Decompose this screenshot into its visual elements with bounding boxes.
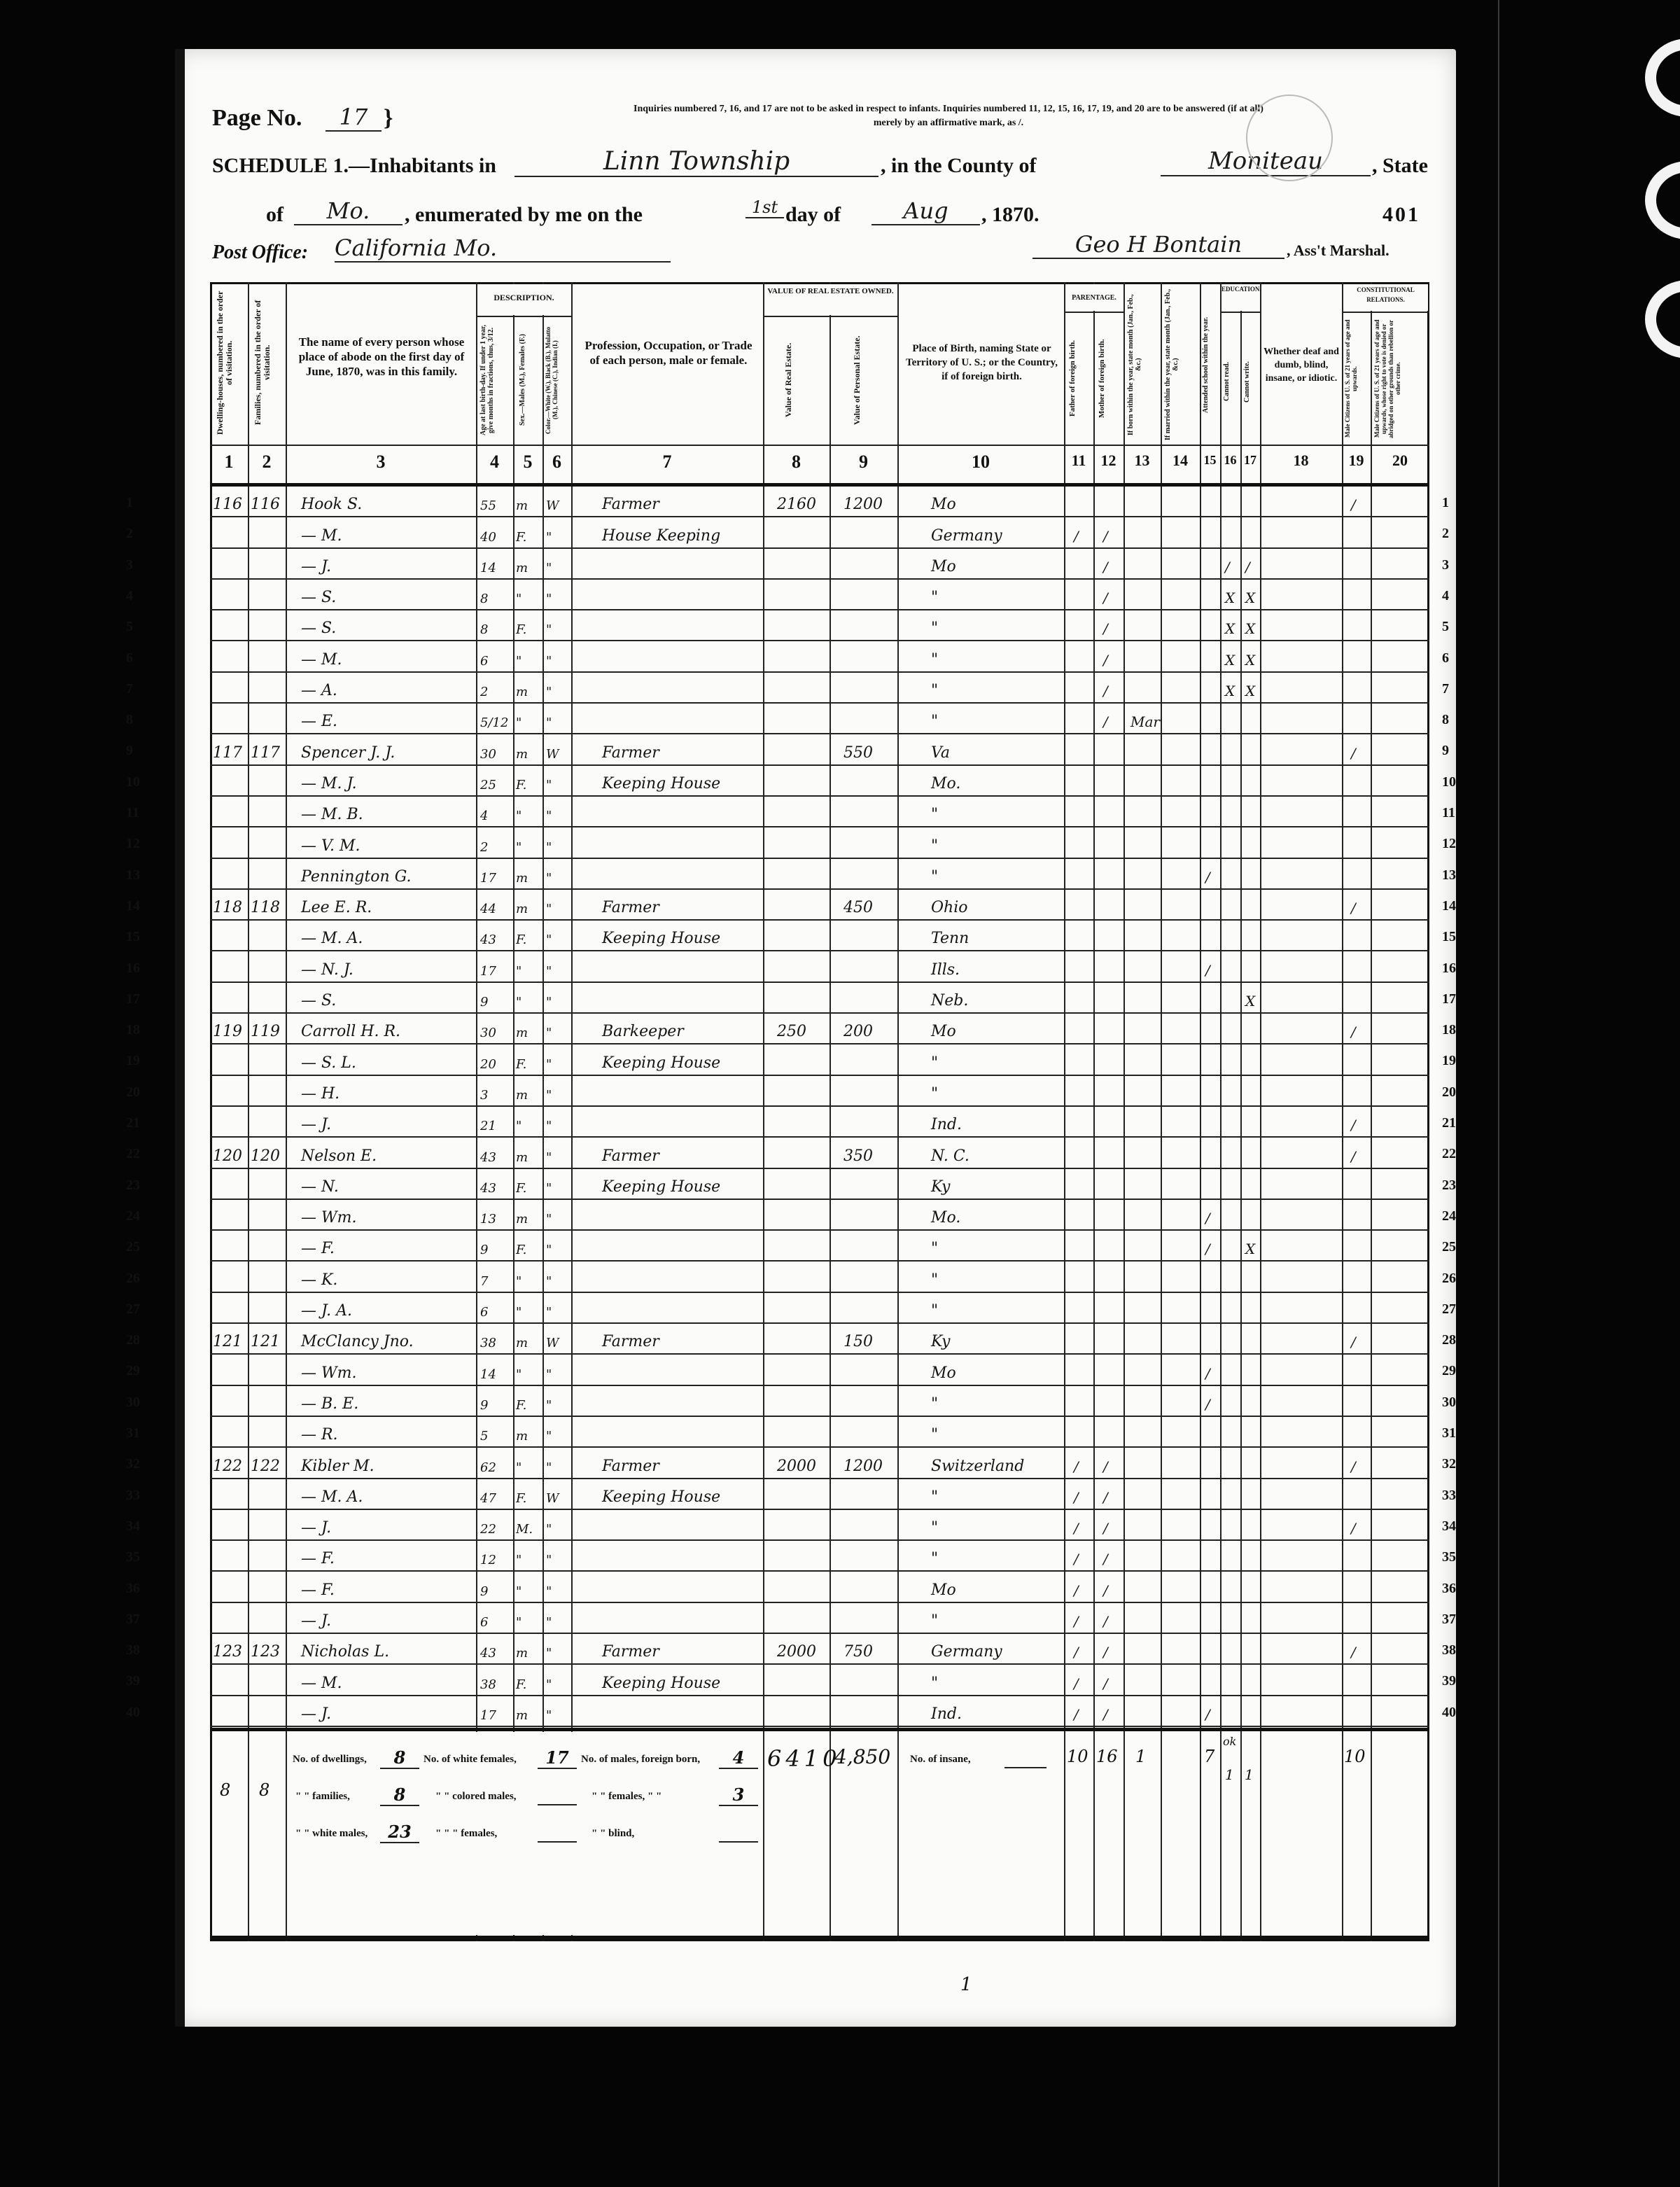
total-dwellings-col1: 8: [220, 1780, 230, 1800]
line-number-right: 16: [1442, 960, 1456, 977]
age: 62: [480, 1460, 496, 1475]
line-number-right: 35: [1442, 1549, 1456, 1565]
person-name: — Wm.: [301, 1209, 356, 1227]
white-females-label: No. of white females,: [423, 1754, 517, 1766]
line-number-left: 17: [126, 991, 140, 1007]
line-number-left: 6: [126, 650, 133, 666]
color: ": [546, 654, 552, 669]
sex: m: [516, 1150, 528, 1165]
line-number-left: 10: [126, 774, 140, 790]
col-number: 3: [286, 452, 476, 473]
personal-estate-value: 200: [843, 1023, 873, 1040]
col-header-5: Sex.—Males (M.), Females (F.): [519, 321, 538, 440]
real-estate-value: 2000: [777, 1643, 816, 1661]
group-rule: [1342, 312, 1429, 313]
females-foreign-label: " " females, " ": [591, 1791, 661, 1803]
table-row: 123123Nicholas L.43m"Farmer2000750German…: [210, 1634, 1429, 1665]
table-row: — M. J.25F."Keeping HouseMo.1010: [210, 766, 1429, 797]
color: ": [546, 932, 552, 947]
enumerated-label: , enumerated by me on the: [405, 203, 643, 227]
table-row: — V. M.2"""1212: [210, 827, 1429, 858]
color: ": [546, 1398, 552, 1413]
male-citizen: /: [1351, 1117, 1356, 1133]
family-number: 121: [251, 1333, 280, 1350]
day-field: 1st: [745, 197, 784, 218]
table-row: — J.22M.""///3434: [210, 1510, 1429, 1541]
color: ": [546, 840, 552, 855]
state-label: , State: [1372, 154, 1428, 178]
place-of-birth: ": [931, 868, 938, 886]
place-of-birth: ": [931, 1675, 938, 1692]
father-foreign: /: [1074, 1582, 1079, 1599]
line-number-left: 1: [126, 495, 133, 511]
col-number: 14: [1161, 452, 1200, 470]
place-of-birth: Mo.: [931, 775, 960, 792]
place-of-birth: ": [931, 620, 938, 637]
age: 7: [480, 1274, 488, 1289]
age: 43: [480, 932, 496, 947]
line-number-left: 3: [126, 557, 133, 573]
real-estate-value: 2160: [777, 496, 816, 513]
col-number: 11: [1064, 452, 1093, 470]
person-name: — S. L.: [301, 1054, 356, 1072]
age: 6: [480, 1615, 488, 1630]
person-name: — J. A.: [301, 1302, 352, 1320]
families-label: " " families,: [295, 1791, 350, 1803]
father-foreign: /: [1074, 1613, 1079, 1630]
dwellings-label: No. of dwellings,: [293, 1754, 367, 1766]
person-name: — F.: [301, 1581, 335, 1599]
line-number-left: 30: [126, 1395, 140, 1411]
person-name: — F.: [301, 1240, 335, 1257]
line-number-right: 24: [1442, 1208, 1456, 1224]
table-row: — E.5/12"""/Mar88: [210, 704, 1429, 734]
color: W: [546, 747, 559, 762]
table-row: — A.2m""/XX77: [210, 673, 1429, 704]
family-number: 120: [251, 1147, 280, 1165]
group-header-parentage: PARENTAGE.: [1065, 291, 1123, 305]
line-number-right: 1: [1442, 495, 1449, 511]
col-number: 20: [1371, 452, 1429, 470]
sheet-number: 401: [1382, 203, 1420, 227]
page-number: 17: [325, 104, 381, 132]
occupation: Farmer: [602, 1333, 659, 1350]
place-of-birth: ": [931, 1426, 938, 1444]
col-number: 12: [1093, 452, 1123, 470]
microfilm-frame-edge: [1498, 0, 1499, 2187]
personal-estate-value: 750: [843, 1643, 873, 1661]
total-col-17: 1: [1245, 1766, 1254, 1783]
line-number-left: 5: [126, 619, 133, 635]
occupation: Keeping House: [602, 1488, 720, 1506]
person-name: — J.: [301, 1519, 331, 1537]
dwelling-number: 121: [213, 1333, 242, 1350]
dwelling-number: 119: [213, 1023, 242, 1040]
footer-mark: 1: [960, 1974, 972, 1995]
family-number: 118: [251, 899, 280, 916]
line-number-right: 7: [1442, 681, 1449, 697]
color: ": [546, 1119, 552, 1133]
place-of-birth: Ind.: [931, 1116, 962, 1133]
sex: ": [516, 1615, 521, 1630]
mother-foreign: /: [1103, 713, 1108, 730]
table-row: 119119Carroll H. R.30m"Barkeeper250200Mo…: [210, 1014, 1429, 1044]
line-number-right: 36: [1442, 1581, 1456, 1597]
personal-estate-value: 450: [843, 899, 873, 916]
mother-foreign: /: [1103, 589, 1108, 606]
mother-foreign: /: [1103, 620, 1108, 637]
line-number-left: 26: [126, 1271, 140, 1287]
dwelling-number: 123: [213, 1643, 242, 1661]
colored-females-value: [538, 1822, 577, 1843]
sex: ": [516, 654, 521, 669]
table-row: — M.40F."House KeepingGermany//22: [210, 517, 1429, 548]
mother-foreign: /: [1103, 683, 1108, 699]
line-number-right: 13: [1442, 867, 1456, 883]
table-row: — J.21""Ind./2121: [210, 1107, 1429, 1138]
occupation: Farmer: [602, 496, 659, 513]
punch-hole: [1645, 39, 1680, 117]
bottom-rule: [210, 1936, 1429, 1941]
col-number: 16: [1220, 453, 1240, 468]
sex: m: [516, 1429, 528, 1444]
color: ": [546, 1026, 552, 1040]
color: ": [546, 1367, 552, 1382]
line-number-right: 20: [1442, 1084, 1456, 1101]
col-header-1: Dwelling-houses, numbered in the order o…: [216, 289, 244, 436]
mother-foreign: /: [1103, 1613, 1108, 1630]
age: 17: [480, 871, 496, 886]
table-row: — M. B.4"""1111: [210, 797, 1429, 827]
place-of-birth: ": [931, 837, 938, 855]
person-name: — M.: [301, 527, 342, 545]
line-number-left: 37: [126, 1612, 140, 1628]
line-number-right: 4: [1442, 588, 1449, 604]
line-number-left: 4: [126, 588, 133, 604]
male-citizen: /: [1351, 745, 1356, 762]
table-row: — M.6"""/XX66: [210, 642, 1429, 673]
color: ": [546, 995, 552, 1009]
person-name: — J.: [301, 558, 331, 575]
total-col-16-17-note: ok: [1223, 1735, 1236, 1748]
age: 13: [480, 1212, 496, 1227]
male-citizen: /: [1351, 1334, 1356, 1350]
cannot-write: X: [1245, 620, 1255, 637]
table-row: — S.8F.""/XX55: [210, 610, 1429, 641]
father-foreign: /: [1074, 1520, 1079, 1537]
person-name: — E.: [301, 713, 337, 730]
place-of-birth: Mo: [931, 1023, 956, 1040]
table-row: 121121McClancy Jno.38mWFarmer150Ky/2828: [210, 1324, 1429, 1355]
person-name: — M.: [301, 651, 342, 669]
person-name: — S.: [301, 992, 336, 1009]
sex: F.: [516, 1243, 526, 1257]
line-number-right: 22: [1442, 1146, 1456, 1162]
age: 2: [480, 840, 488, 855]
place-of-birth: ": [931, 1488, 938, 1506]
cannot-write: X: [1245, 683, 1255, 699]
place-of-birth: ": [931, 1550, 938, 1567]
color: ": [546, 1429, 552, 1444]
table-row: Pennington G.17m""/1313: [210, 859, 1429, 890]
person-name: Kibler M.: [301, 1458, 374, 1475]
line-number-left: 18: [126, 1022, 140, 1038]
table-row: — H.3m""2020: [210, 1076, 1429, 1107]
table-row: — Wm.14""Mo/2929: [210, 1355, 1429, 1385]
place-of-birth: Mo.: [931, 1209, 960, 1227]
township-field: Linn Township: [514, 147, 878, 177]
sex: m: [516, 685, 528, 699]
sex: ": [516, 964, 521, 979]
occupation: Keeping House: [602, 930, 720, 947]
occupation: Farmer: [602, 1147, 659, 1165]
table-row: — B. E.9F.""/3030: [210, 1386, 1429, 1417]
person-name: — S.: [301, 589, 336, 606]
header-rule: [210, 445, 1429, 446]
colored-males-label: " " colored males,: [435, 1791, 517, 1803]
occupation: Barkeeper: [602, 1023, 684, 1040]
group-rule: [1220, 312, 1261, 313]
sex: ": [516, 1584, 521, 1599]
male-citizen: /: [1351, 1520, 1356, 1537]
place-of-birth: Germany: [931, 527, 1002, 545]
table-row: — M. A.43F."Keeping HouseTenn1515: [210, 921, 1429, 951]
col-number: 6: [542, 452, 571, 473]
person-name: — M. B.: [301, 806, 363, 823]
col-header-11: Father of foreign birth.: [1068, 317, 1089, 440]
personal-estate-value: 1200: [843, 1458, 883, 1475]
person-name: Carroll H. R.: [301, 1023, 400, 1040]
line-number-right: 25: [1442, 1239, 1456, 1255]
group-header-description: DESCRIPTION.: [477, 291, 570, 305]
line-number-right: 14: [1442, 898, 1456, 914]
occupation: Farmer: [602, 744, 659, 762]
line-number-right: 27: [1442, 1301, 1456, 1318]
sex: m: [516, 1212, 528, 1227]
line-number-right: 18: [1442, 1022, 1456, 1038]
place-of-birth: Germany: [931, 1643, 1002, 1661]
color: ": [546, 1615, 552, 1630]
col-header-7: Profession, Occupation, or Trade of each…: [581, 338, 756, 368]
attended-school: /: [1205, 1241, 1210, 1257]
punch-hole: [1645, 161, 1680, 239]
color: ": [546, 902, 552, 916]
col-header-10: Place of Birth, naming State or Territor…: [903, 342, 1060, 384]
mother-foreign: /: [1103, 1551, 1108, 1567]
total-col-19: 10: [1344, 1747, 1366, 1766]
group-rule: [1064, 312, 1124, 313]
line-number-left: 13: [126, 867, 140, 883]
col-header-18: Whether deaf and dumb, blind, insane, or…: [1262, 345, 1340, 385]
sex: m: [516, 871, 528, 886]
total-personal-estate: 4,850: [834, 1745, 890, 1768]
dwelling-number: 116: [213, 496, 242, 513]
line-number-right: 15: [1442, 929, 1456, 945]
cannot-read: X: [1225, 589, 1235, 606]
place-of-birth: ": [931, 1612, 938, 1630]
col-number: 9: [829, 452, 897, 473]
person-name: — J.: [301, 1116, 331, 1133]
col-header-19: Male Citizens of U. S. of 21 years of ag…: [1344, 316, 1369, 442]
line-number-left: 33: [126, 1488, 140, 1504]
line-number-right: 10: [1442, 774, 1456, 790]
color: ": [546, 715, 552, 730]
table-row: — K.7"""2626: [210, 1262, 1429, 1293]
line-number-left: 20: [126, 1084, 140, 1101]
male-citizen: /: [1351, 496, 1356, 513]
cannot-write: X: [1245, 652, 1255, 669]
sex: ": [516, 1119, 521, 1133]
color: ": [546, 622, 552, 637]
col-number: 10: [897, 452, 1064, 473]
place-of-birth: N. C.: [931, 1147, 969, 1165]
table-row: 118118Lee E. R.44m"Farmer450Ohio/1414: [210, 890, 1429, 921]
color: ": [546, 1460, 552, 1475]
table-row: 120120Nelson E.43m"Farmer350N. C./2222: [210, 1138, 1429, 1168]
line-number-left: 7: [126, 681, 133, 697]
sex: m: [516, 1336, 528, 1350]
line-number-right: 28: [1442, 1332, 1456, 1348]
white-males-label: " " white males,: [295, 1828, 367, 1840]
place-of-birth: ": [931, 1519, 938, 1537]
table-row: — M.38F."Keeping House"//3939: [210, 1665, 1429, 1696]
total-families-col2: 8: [259, 1780, 269, 1800]
color: ": [546, 1522, 552, 1537]
line-number-left: 11: [126, 805, 139, 821]
families-value: 8: [380, 1784, 419, 1806]
sex: F.: [516, 1491, 526, 1506]
age: 14: [480, 561, 496, 575]
color: ": [546, 1088, 552, 1103]
cannot-write: X: [1245, 993, 1255, 1009]
person-name: — B. E.: [301, 1395, 358, 1413]
place-of-birth: Switzerland: [931, 1458, 1024, 1475]
dwelling-number: 118: [213, 899, 242, 916]
sex: m: [516, 1646, 528, 1661]
line-number-right: 30: [1442, 1395, 1456, 1411]
cannot-write: /: [1245, 559, 1250, 575]
sex: F.: [516, 1398, 526, 1413]
table-row: — M. A.47F.WKeeping House"//3333: [210, 1479, 1429, 1510]
age: 6: [480, 1305, 488, 1320]
mother-foreign: /: [1103, 1458, 1108, 1475]
sex: m: [516, 1026, 528, 1040]
line-number-left: 19: [126, 1053, 140, 1069]
line-number-right: 6: [1442, 650, 1449, 666]
person-name: — Wm.: [301, 1364, 356, 1382]
sex: m: [516, 498, 528, 513]
person-name: Nelson E.: [301, 1147, 377, 1165]
mother-foreign: /: [1103, 652, 1108, 669]
color: ": [546, 561, 552, 575]
line-number-left: 36: [126, 1581, 140, 1597]
place-of-birth: Ky: [931, 1333, 950, 1350]
age: 25: [480, 778, 496, 792]
family-number: 117: [251, 744, 280, 762]
age: 47: [480, 1491, 496, 1506]
age: 44: [480, 902, 496, 916]
cannot-write: X: [1245, 589, 1255, 606]
age: 2: [480, 685, 488, 699]
age: 38: [480, 1677, 496, 1692]
brace: }: [384, 105, 393, 132]
cannot-write: X: [1245, 1241, 1255, 1257]
place-of-birth: Ky: [931, 1178, 950, 1196]
sex: M.: [516, 1522, 533, 1537]
table-row: — J.6"""//3737: [210, 1603, 1429, 1634]
age: 8: [480, 592, 488, 606]
col-header-9: Value of Personal Estate.: [853, 321, 874, 440]
table-row: — S.8"""/XX44: [210, 580, 1429, 610]
col-number: 17: [1240, 453, 1260, 468]
color: ": [546, 530, 552, 545]
col-number: 4: [476, 452, 513, 473]
attended-school: /: [1205, 1396, 1210, 1413]
group-header-education: EDUCATION.: [1221, 285, 1259, 294]
father-foreign: /: [1074, 528, 1079, 545]
dwelling-number: 117: [213, 744, 242, 762]
sex: ": [516, 715, 521, 730]
place-of-birth: Va: [931, 744, 950, 762]
line-number-right: 9: [1442, 743, 1449, 759]
person-name: — N. J.: [301, 961, 353, 979]
person-name: — M.: [301, 1675, 342, 1692]
table-row: — J.14m"Mo///33: [210, 549, 1429, 580]
person-name: — M. J.: [301, 775, 357, 792]
col-header-2: Families, numbered in the order of visit…: [253, 289, 281, 436]
line-number-right: 12: [1442, 836, 1456, 852]
col-header-20: Male Citizens of U. S. of 21 years of ag…: [1373, 316, 1427, 442]
line-number-right: 37: [1442, 1612, 1456, 1628]
sex: F.: [516, 1181, 526, 1196]
person-name: — K.: [301, 1271, 337, 1289]
age: 20: [480, 1057, 496, 1072]
occupation: Keeping House: [602, 1054, 720, 1072]
personal-estate-value: 1200: [843, 496, 883, 513]
line-number-left: 16: [126, 960, 140, 977]
color: ": [546, 685, 552, 699]
color: ": [546, 871, 552, 886]
age: 55: [480, 498, 496, 513]
table-row: — F.12"""//3535: [210, 1541, 1429, 1572]
attended-school: /: [1205, 1210, 1210, 1227]
line-number-left: 25: [126, 1239, 140, 1255]
group-rule: [476, 316, 572, 317]
table-row: — J.17m"Ind.///4040: [210, 1696, 1429, 1727]
person-name: — J.: [301, 1705, 331, 1723]
place-of-birth: ": [931, 1085, 938, 1103]
occupation: Farmer: [602, 899, 659, 916]
line-number-right: 31: [1442, 1425, 1456, 1441]
females-foreign-value: 3: [719, 1784, 758, 1806]
total-col-15: 7: [1204, 1747, 1214, 1766]
sex: ": [516, 995, 521, 1009]
age: 22: [480, 1522, 496, 1537]
col-header-8: Value of Real Estate.: [784, 321, 805, 440]
sex: ": [516, 1460, 521, 1475]
sex: F.: [516, 1677, 526, 1692]
table-row: — J. A.6"""2727: [210, 1293, 1429, 1324]
occupation: Keeping House: [602, 775, 720, 792]
place-of-birth: ": [931, 806, 938, 823]
place-of-birth: Ills.: [931, 961, 960, 979]
father-foreign: /: [1074, 1675, 1079, 1692]
table-row: — F.9F.""/X2525: [210, 1231, 1429, 1262]
post-office-label: Post Office:: [212, 242, 308, 264]
place-of-birth: ": [931, 1395, 938, 1413]
age: 17: [480, 1708, 496, 1723]
line-number-left: 14: [126, 898, 140, 914]
